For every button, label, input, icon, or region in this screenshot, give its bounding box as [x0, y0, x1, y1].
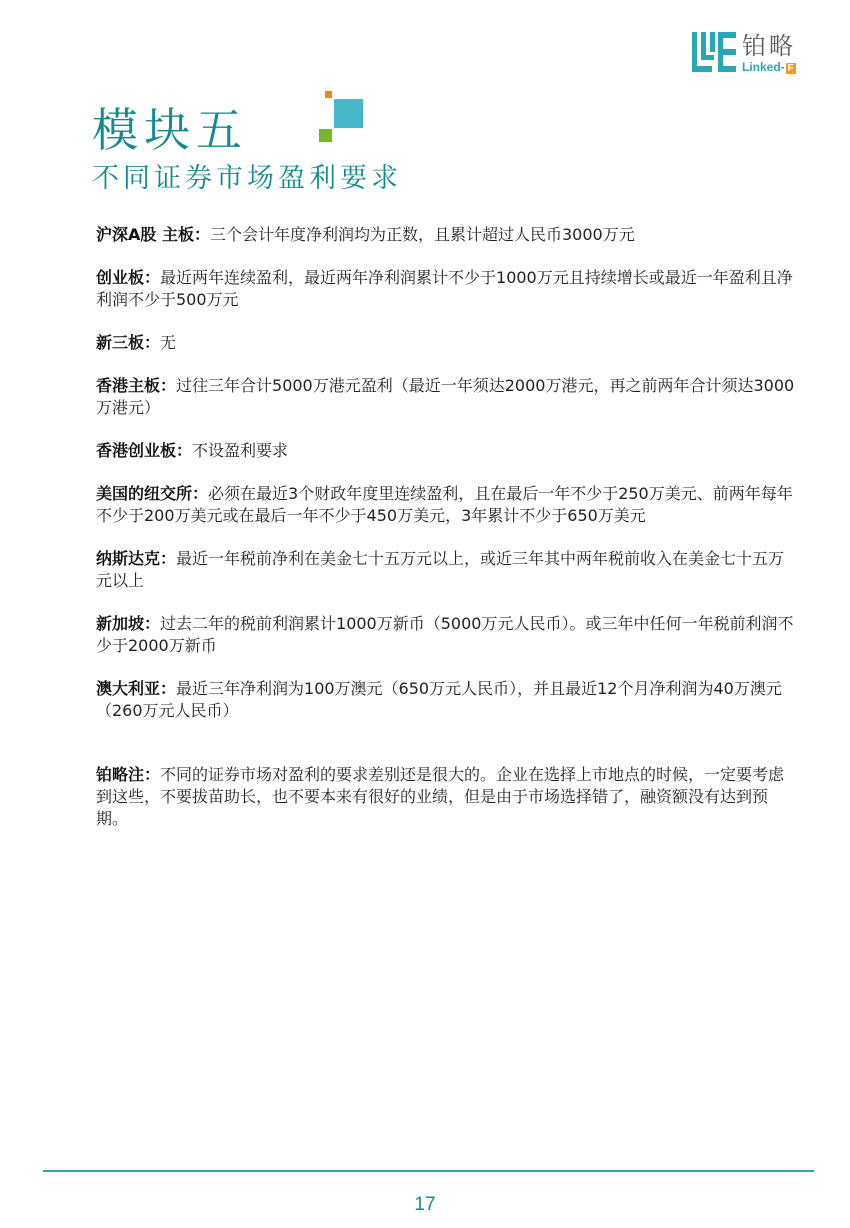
requirement-text: 无: [160, 333, 176, 352]
requirement-text: 最近三年净利润为100万澳元（650万元人民币），并且最近12个月净利润为40万…: [96, 679, 782, 720]
brand-logo: 铂略 Linked-F: [692, 32, 812, 74]
editor-note: 铂略注：不同的证券市场对盈利的要求差别还是很大的。企业在选择上市地点的时候，一定…: [96, 764, 796, 830]
requirement-text: 最近两年连续盈利，最近两年净利润累计不少于1000万元且持续增长或最近一年盈利且…: [96, 268, 793, 309]
requirement-item: 香港主板：过往三年合计5000万港元盈利（最近一年须达2000万港元，再之前两年…: [96, 375, 796, 419]
requirement-text: 不设盈利要求: [192, 441, 288, 460]
requirement-item: 创业板：最近两年连续盈利，最近两年净利润累计不少于1000万元且持续增长或最近一…: [96, 267, 796, 311]
footer-divider: [43, 1170, 814, 1172]
market-name: 创业板：: [96, 268, 160, 287]
market-name: 澳大利亚：: [96, 679, 176, 698]
requirement-item: 新三板：无: [96, 332, 796, 354]
page-number: 17: [0, 1194, 850, 1216]
note-text: 不同的证券市场对盈利的要求差别还是很大的。企业在选择上市地点的时候，一定要考虑到…: [96, 765, 784, 828]
decorative-square-orange: [325, 91, 332, 98]
decorative-square-green: [319, 129, 332, 142]
requirement-text: 过去二年的税前利润累计1000万新币（5000万元人民币）。或三年中任何一年税前…: [96, 614, 793, 655]
requirement-item: 纳斯达克：最近一年税前净利在美金七十五万元以上，或近三年其中两年税前收入在美金七…: [96, 548, 796, 592]
market-name: 香港创业板：: [96, 441, 192, 460]
requirement-item: 澳大利亚：最近三年净利润为100万澳元（650万元人民币），并且最近12个月净利…: [96, 678, 796, 722]
market-name: 纳斯达克：: [96, 549, 176, 568]
brand-name-en: Linked-F: [742, 60, 796, 74]
requirement-item: 沪深A股 主板：三个会计年度净利润均为正数，且累计超过人民币3000万元: [96, 224, 796, 246]
requirement-text: 最近一年税前净利在美金七十五万元以上，或近三年其中两年税前收入在美金七十五万元以…: [96, 549, 784, 590]
requirement-item: 新加坡：过去二年的税前利润累计1000万新币（5000万元人民币）。或三年中任何…: [96, 613, 796, 657]
module-subtitle: 不同证券市场盈利要求: [92, 162, 402, 196]
brand-name-en-text: Linked-: [742, 60, 785, 74]
module-title: 模块五: [92, 102, 248, 158]
requirement-item: 美国的纽交所：必须在最近3个财政年度里连续盈利，且在最后一年不少于250万美元、…: [96, 483, 796, 527]
market-name: 沪深A股 主板：: [96, 225, 210, 244]
requirements-list: 沪深A股 主板：三个会计年度净利润均为正数，且累计超过人民币3000万元 创业板…: [96, 224, 796, 851]
decorative-square-teal: [334, 99, 363, 128]
brand-badge: F: [786, 63, 796, 74]
market-name: 美国的纽交所：: [96, 484, 208, 503]
market-name: 新三板：: [96, 333, 160, 352]
market-name: 香港主板：: [96, 376, 176, 395]
requirement-item: 香港创业板：不设盈利要求: [96, 440, 796, 462]
brand-name-cn: 铂略: [742, 32, 796, 60]
note-label: 铂略注：: [96, 765, 160, 784]
linked-f-logo-icon: [692, 32, 736, 72]
market-name: 新加坡：: [96, 614, 160, 633]
requirement-text: 三个会计年度净利润均为正数，且累计超过人民币3000万元: [210, 225, 635, 244]
requirement-text: 过往三年合计5000万港元盈利（最近一年须达2000万港元，再之前两年合计须达3…: [96, 376, 794, 417]
